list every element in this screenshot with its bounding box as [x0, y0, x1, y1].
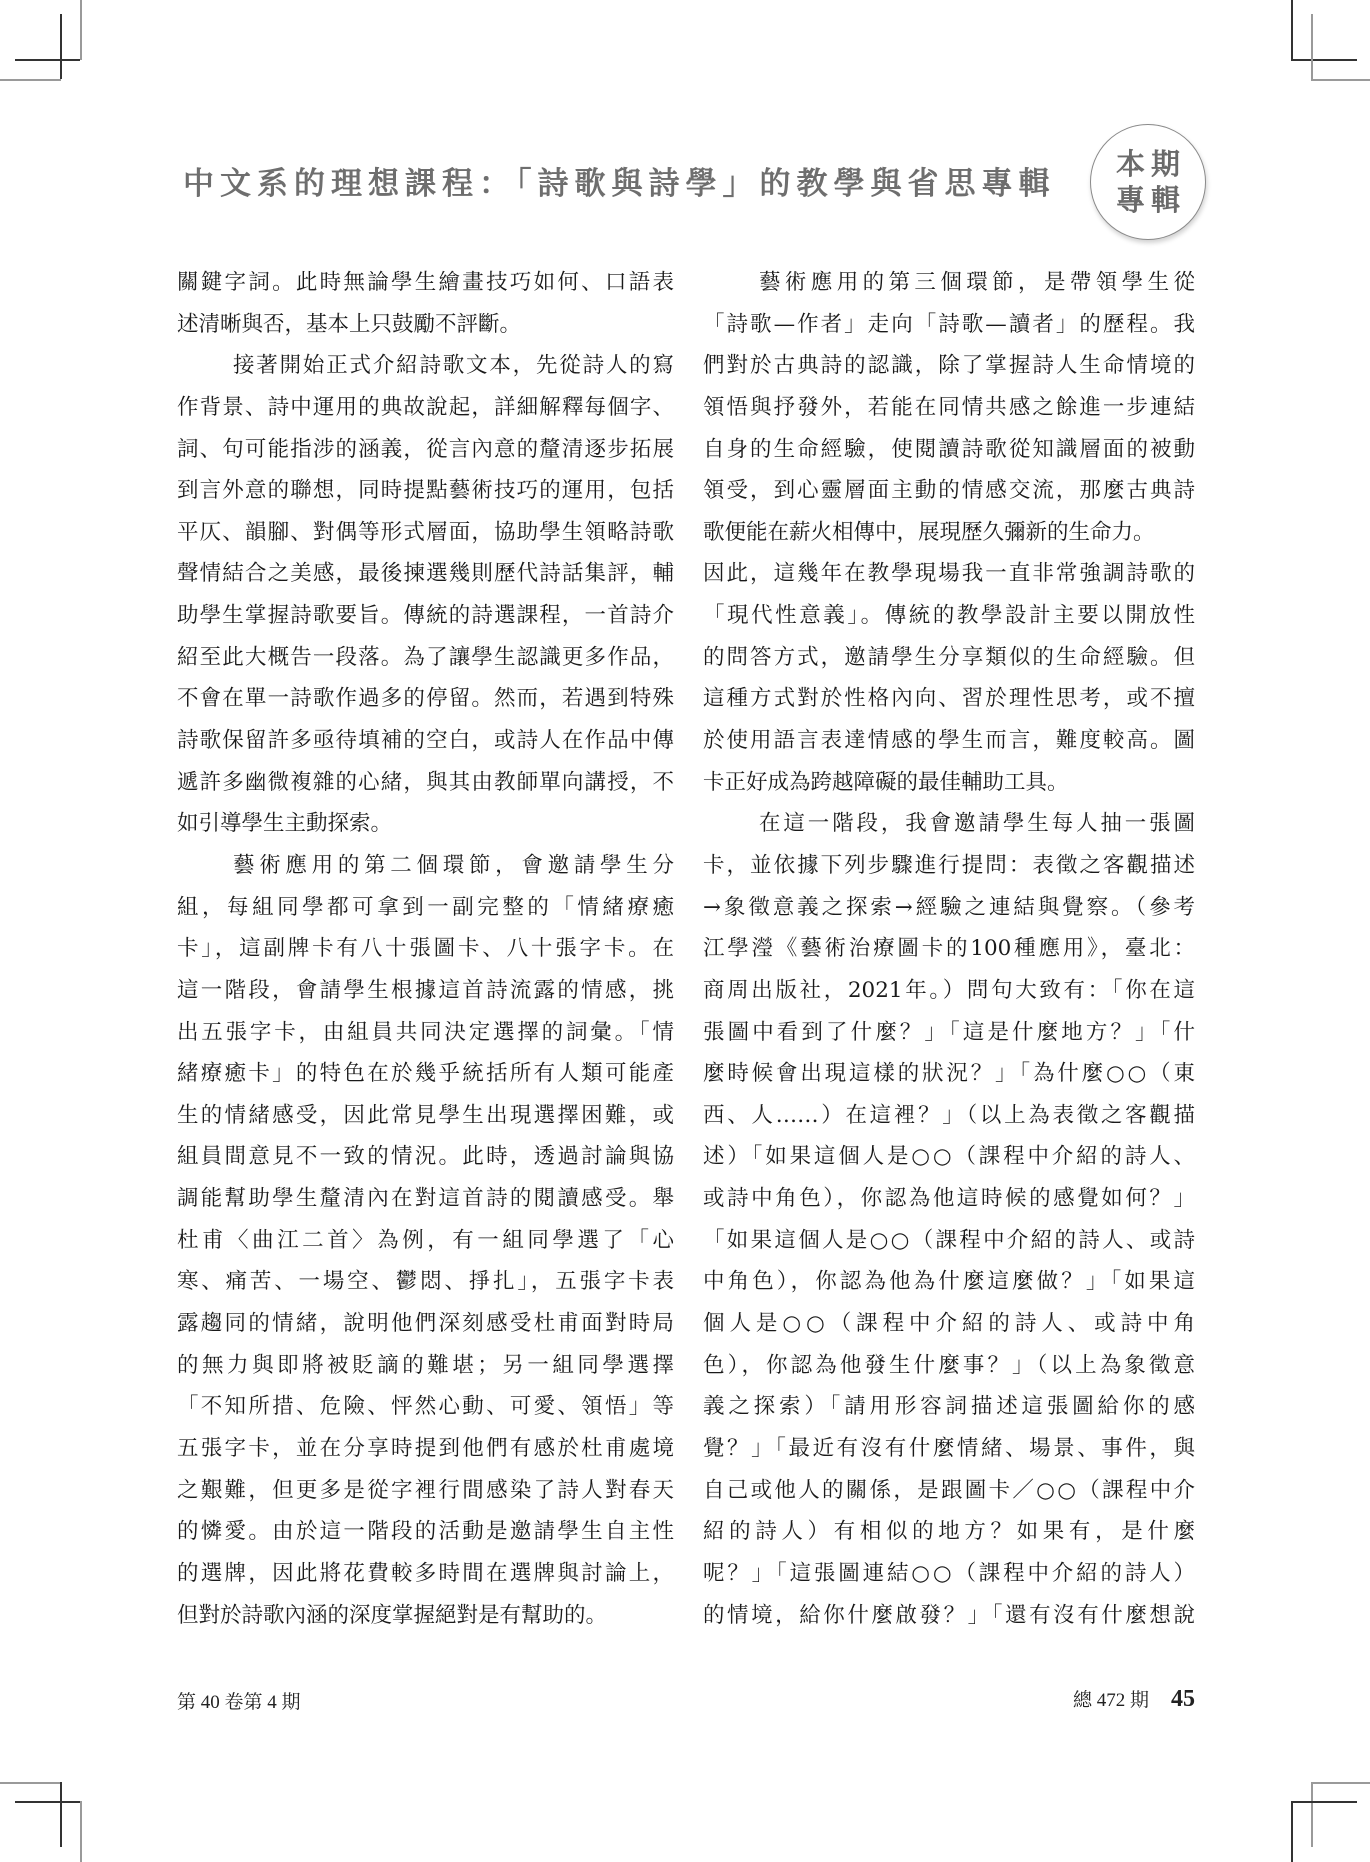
text-line: 歌便能在薪火相傳中，展現歷久彌新的生命力。 [703, 512, 1195, 554]
text-line: 助學生掌握詩歌要旨。傳統的詩選課程，一首詩介 [177, 595, 674, 637]
text-line: 自身的生命經驗，使閱讀詩歌從知識層面的被動 [703, 429, 1195, 471]
crop-mark [15, 59, 80, 61]
text-line: 之艱難，但更多是從字裡行間感染了詩人對春天 [177, 1470, 674, 1512]
text-line: 們對於古典詩的認識，除了掌握詩人生命情境的 [703, 345, 1195, 387]
text-line: 五張字卡，並在分享時提到他們有感於杜甫處境 [177, 1428, 674, 1470]
text-line: 商周出版社，2021年。）問句大致有：「你在這 [703, 970, 1195, 1012]
text-line: →象徵意義之探索→經驗之連結與覺察。（參考 [703, 887, 1195, 929]
text-line: 覺？」「最近有沒有什麼情緒、場景、事件，與 [703, 1428, 1195, 1470]
text-line: 個人是○○（課程中介紹的詩人、或詩中角 [703, 1303, 1195, 1345]
text-line: 遞許多幽微複雜的心緒，與其由教師單向講授，不 [177, 762, 674, 804]
volume-issue: 第 40 卷第 4 期 [177, 1687, 301, 1714]
text-line: 自己或他人的關係，是跟圖卡／○○（課程中介 [703, 1470, 1195, 1512]
text-line: 麼時候會出現這樣的狀況？」「為什麼○○（東 [703, 1053, 1195, 1095]
text-line: 如引導學生主動探索。 [177, 803, 674, 845]
crop-mark [80, 1801, 82, 1862]
crop-mark [15, 1801, 81, 1803]
text-line: 的無力與即將被貶謫的難堪；另一組同學選擇 [177, 1345, 674, 1387]
text-line: 的情境，給你什麼啟發？」「還有沒有什麼想說 [703, 1595, 1195, 1637]
text-line: 述）「如果這個人是○○（課程中介紹的詩人、 [703, 1136, 1195, 1178]
text-line: 述清晰與否，基本上只鼓勵不評斷。 [177, 304, 674, 346]
text-line: 領悟與抒發外，若能在同情共感之餘進一步連結 [703, 387, 1195, 429]
text-line: 平仄、韻腳、對偶等形式層面，協助學生領略詩歌 [177, 512, 674, 554]
crop-mark [1291, 59, 1357, 61]
text-line: 的問答方式，邀請學生分享類似的生命經驗。但 [703, 637, 1195, 679]
text-line: 組員間意見不一致的情況。此時，透過討論與協 [177, 1136, 674, 1178]
text-line: 不會在單一詩歌作過多的停留。然而，若遇到特殊 [177, 678, 674, 720]
page-number: 45 [1171, 1686, 1195, 1713]
text-line: 張圖中看到了什麼？」「這是什麼地方？」「什 [703, 1012, 1195, 1054]
text-line: 或詩中角色），你認為他這時候的感覺如何？」 [703, 1178, 1195, 1220]
crop-mark [0, 79, 61, 81]
text-line: 的選牌，因此將花費較多時間在選牌與討論上， [177, 1553, 674, 1595]
right-column: 藝術應用的第三個環節，是帶領學生從「詩歌—作者」走向「詩歌—讀者」的歷程。我們對… [703, 262, 1195, 1636]
text-line: 卡正好成為跨越障礙的最佳輔助工具。 [703, 762, 1195, 804]
text-line: 領受，到心靈層面主動的情感交流，那麼古典詩 [703, 470, 1195, 512]
crop-mark [80, 0, 82, 60]
text-line: 作背景、詩中運用的典故說起，詳細解釋每個字、 [177, 387, 674, 429]
issue-feature-badge: 本期 專輯 [1090, 124, 1206, 240]
crop-mark [60, 1782, 62, 1847]
text-line: 於使用語言表達情感的學生而言，難度較高。圖 [703, 720, 1195, 762]
text-line: 紹的詩人）有相似的地方？如果有，是什麼 [703, 1511, 1195, 1553]
text-line: 露趨同的情緒，說明他們深刻感受杜甫面對時局 [177, 1303, 674, 1345]
text-line: 紹至此大概告一段落。為了讓學生認識更多作品， [177, 637, 674, 679]
text-line: 接著開始正式介紹詩歌文本，先從詩人的寫 [177, 345, 674, 387]
left-column: 關鍵字詞。此時無論學生繪畫技巧如何、口語表述清晰與否，基本上只鼓勵不評斷。接著開… [177, 262, 674, 1636]
page-title: 中文系的理想課程：「詩歌與詩學」的教學與省思專輯 [183, 158, 1056, 203]
crop-mark [1291, 1801, 1357, 1803]
text-line: 義之探索）「請用形容詞描述這張圖給你的感 [703, 1386, 1195, 1428]
text-line: 詩歌保留許多亟待填補的空白，或詩人在作品中傳 [177, 720, 674, 762]
text-line: 這一階段，會請學生根據這首詩流露的情感，挑 [177, 970, 674, 1012]
text-line: 緒療癒卡」的特色在於幾乎統括所有人類可能產 [177, 1053, 674, 1095]
badge-line-1: 本期 [1116, 146, 1186, 182]
text-line: 呢？」「這張圖連結○○（課程中介紹的詩人） [703, 1553, 1195, 1595]
total-issue: 總 472 期 [1073, 1685, 1149, 1712]
text-line: 調能幫助學生釐清內在對這首詩的閱讀感受。舉 [177, 1178, 674, 1220]
text-line: 關鍵字詞。此時無論學生繪畫技巧如何、口語表 [177, 262, 674, 304]
text-line: 生的情緒感受，因此常見學生出現選擇困難，或 [177, 1095, 674, 1137]
text-line: 這種方式對於性格內向、習於理性思考，或不擅 [703, 678, 1195, 720]
text-line: 「如果這個人是○○（課程中介紹的詩人、或詩 [703, 1220, 1195, 1262]
crop-mark [60, 14, 62, 79]
badge-line-2: 專輯 [1116, 182, 1186, 218]
text-line: 因此，這幾年在教學現場我一直非常強調詩歌的 [703, 553, 1195, 595]
crop-mark [0, 1782, 61, 1784]
text-line: 組，每組同學都可拿到一副完整的「情緒療癒 [177, 887, 674, 929]
text-line: 藝術應用的第二個環節，會邀請學生分 [177, 845, 674, 887]
crop-mark [1311, 79, 1370, 81]
text-line: 杜甫〈曲江二首〉為例，有一組同學選了「心 [177, 1220, 674, 1262]
crop-mark [1311, 1782, 1370, 1784]
text-line: 出五張字卡，由組員共同決定選擇的詞彙。「情 [177, 1012, 674, 1054]
text-line: 詞、句可能指涉的涵義，從言內意的釐清逐步拓展 [177, 429, 674, 471]
text-line: 西、人……）在這裡？」（以上為表徵之客觀描 [703, 1095, 1195, 1137]
crop-mark [1291, 1801, 1293, 1862]
text-line: 江學瀅《藝術治療圖卡的100種應用》，臺北： [703, 928, 1195, 970]
text-line: 但對於詩歌內涵的深度掌握絕對是有幫助的。 [177, 1595, 674, 1637]
text-line: 卡」，這副牌卡有八十張圖卡、八十張字卡。在 [177, 928, 674, 970]
text-line: 聲情結合之美感，最後揀選幾則歷代詩話集評，輔 [177, 553, 674, 595]
text-line: 色），你認為他發生什麼事？」（以上為象徵意 [703, 1345, 1195, 1387]
text-line: 到言外意的聯想，同時提點藝術技巧的運用，包括 [177, 470, 674, 512]
text-line: 藝術應用的第三個環節，是帶領學生從 [703, 262, 1195, 304]
crop-mark [1291, 0, 1293, 60]
text-line: 卡，並依據下列步驟進行提問：表徵之客觀描述 [703, 845, 1195, 887]
text-line: 中角色），你認為他為什麼這麼做？」「如果這 [703, 1261, 1195, 1303]
text-line: 寒、痛苦、一場空、鬱悶、掙扎」，五張字卡表 [177, 1261, 674, 1303]
text-line: 在這一階段，我會邀請學生每人抽一張圖 [703, 803, 1195, 845]
crop-mark [1311, 14, 1313, 80]
footer-right: 總 472 期 45 [1073, 1685, 1195, 1713]
crop-mark [1311, 1782, 1313, 1847]
text-line: 的憐愛。由於這一階段的活動是邀請學生自主性 [177, 1511, 674, 1553]
text-line: 「詩歌—作者」走向「詩歌—讀者」的歷程。我 [703, 304, 1195, 346]
text-line: 「現代性意義」。傳統的教學設計主要以開放性 [703, 595, 1195, 637]
text-line: 「不知所措、危險、怦然心動、可愛、領悟」等 [177, 1386, 674, 1428]
